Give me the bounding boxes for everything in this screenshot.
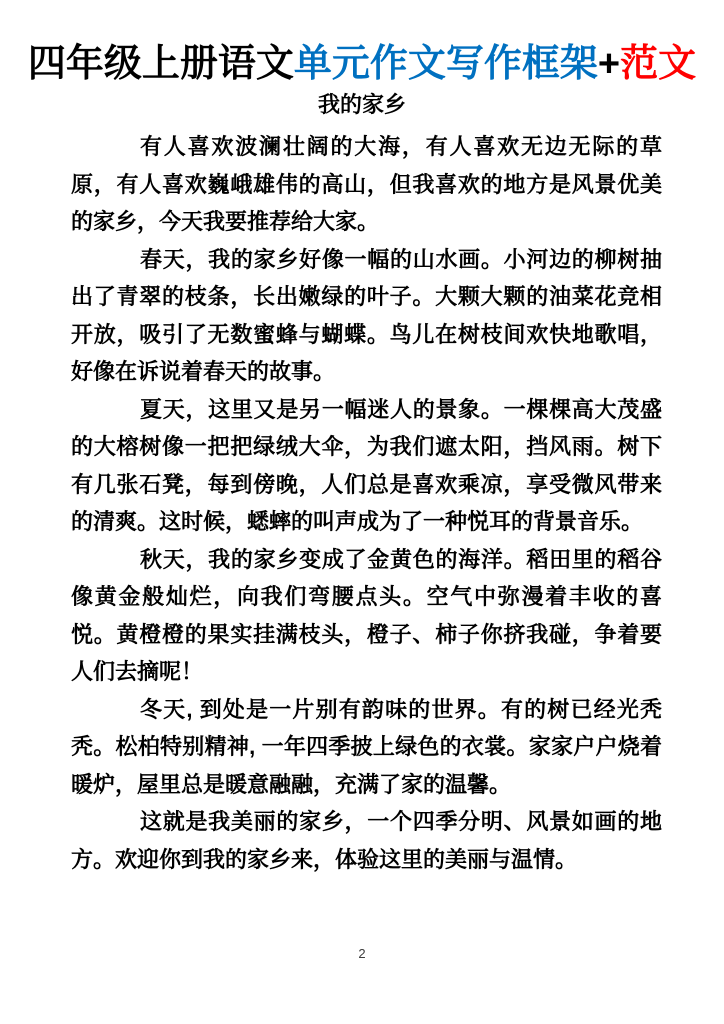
title-segment-sample: 范文: [620, 43, 696, 85]
essay-body: 有人喜欢波澜壮阔的大海，有人喜欢无边无际的草原，有人喜欢巍峨雄伟的高山，但我喜欢…: [71, 128, 662, 878]
page-title: 四年级上册语文单元作文写作框架+范文: [0, 40, 724, 88]
paragraph-intro: 有人喜欢波澜壮阔的大海，有人喜欢无边无际的草原，有人喜欢巍峨雄伟的高山，但我喜欢…: [71, 128, 662, 241]
page-number: 2: [0, 946, 724, 961]
paragraph-autumn: 秋天，我的家乡变成了金黄色的海洋。稻田里的稻谷像黄金般灿烂，向我们弯腰点头。空气…: [71, 541, 662, 691]
title-segment-framework: 单元作文写作框架: [294, 43, 598, 85]
title-segment-grade: 四年级上册语文: [28, 43, 294, 85]
paragraph-conclusion: 这就是我美丽的家乡，一个四季分明、风景如画的地方。欢迎你到我的家乡来，体验这里的…: [71, 803, 662, 878]
paragraph-summer: 夏天，这里又是另一幅迷人的景象。一棵棵高大茂盛的大榕树像一把把绿绒大伞，为我们遮…: [71, 391, 662, 541]
paragraph-spring: 春天，我的家乡好像一幅的山水画。小河边的柳树抽出了青翠的枝条，长出嫩绿的叶子。大…: [71, 241, 662, 391]
paragraph-winter: 冬天, 到处是一片别有韵味的世界。有的树已经光秃秃。松柏特别精神, 一年四季披上…: [71, 691, 662, 804]
essay-title: 我的家乡: [0, 90, 724, 120]
title-segment-plus: +: [598, 43, 620, 85]
document-page: 四年级上册语文单元作文写作框架+范文 我的家乡 有人喜欢波澜壮阔的大海，有人喜欢…: [0, 0, 724, 1024]
